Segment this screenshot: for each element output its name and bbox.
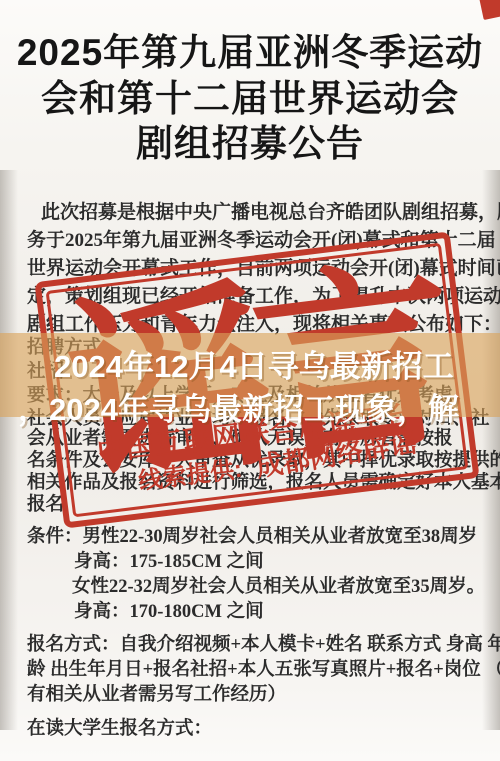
condition-line: 身高：170-180CM 之间 bbox=[74, 597, 264, 623]
signup-line: 报名方式：自我介绍视频+本人模卡+姓名 联系方式 身高 年 bbox=[27, 630, 500, 656]
headline-banner-text-line-2: ，2024年寻乌最新招工现象，解 bbox=[18, 384, 459, 429]
paragraph1-line: 此次招募是根据中央广播电视总台齐皓团队剧组招募，服 bbox=[41, 197, 500, 224]
notice-title-line-3: 剧组招募公告 bbox=[0, 113, 500, 167]
condition-line: 条件：男性22-30周岁社会人员相关从业者放宽至38周岁 bbox=[27, 522, 477, 548]
student-signup-heading: 在读大学生报名方式： bbox=[27, 714, 212, 740]
condition-line: 身高：175-185CM 之间 bbox=[74, 547, 264, 573]
headline-banner-text-line-1: 2024年12月4日寻乌最新招工 bbox=[54, 341, 454, 386]
recruit-line: 报名 bbox=[27, 490, 64, 516]
signup-line: 龄 出生年月日+报名社招+本人五张写真照片+报名+岗位 （如 bbox=[27, 655, 500, 681]
signup-line: 有相关从业者需另写工作经历） bbox=[27, 680, 286, 706]
condition-line: 女性22-32周岁社会人员相关从业者放宽至35周岁。 bbox=[72, 572, 485, 598]
